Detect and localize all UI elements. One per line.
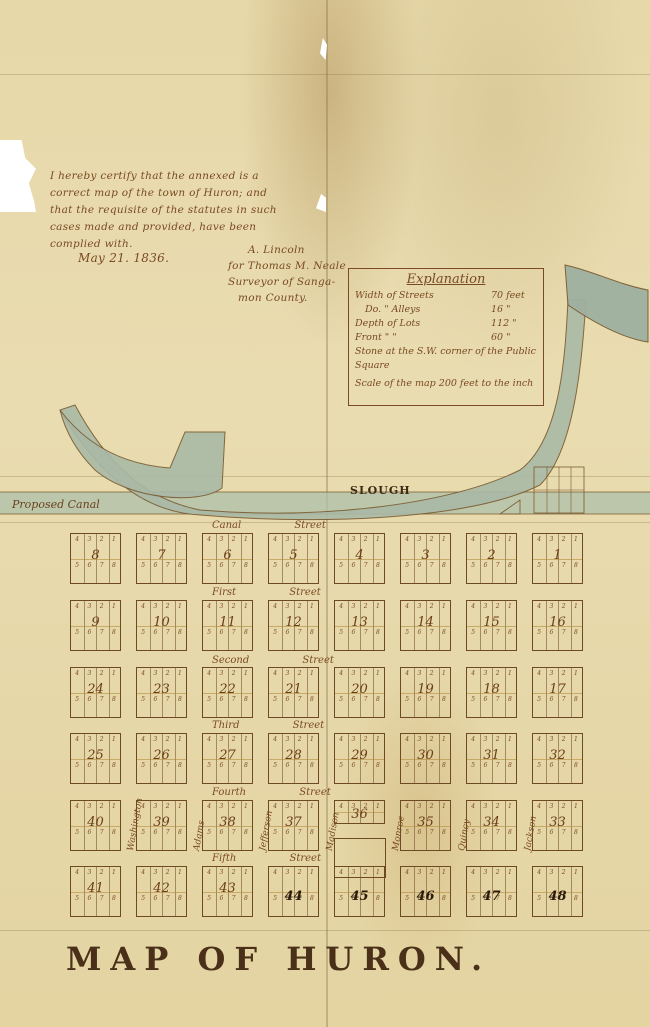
block-number: 22 <box>203 682 252 697</box>
lot-numbers-bottom: 5678 <box>269 696 318 703</box>
lot-numbers-bottom: 5678 <box>137 629 186 636</box>
lot-numbers-bottom: 5678 <box>269 762 318 769</box>
legend-row: Depth of Lots 112 " <box>355 317 537 331</box>
block-28: 4321567828 <box>268 733 319 784</box>
block-42: 4321567842 <box>136 866 187 917</box>
block-10: 4321567810 <box>136 600 187 651</box>
block-number: 32 <box>533 748 582 763</box>
lot-numbers-top: 4321 <box>533 869 582 876</box>
block-number: 16 <box>533 615 582 630</box>
street-label: Second Street <box>212 655 334 666</box>
block-24: 4321567824 <box>70 667 121 718</box>
lot-numbers-top: 4321 <box>533 536 582 543</box>
block-number: 13 <box>335 615 384 630</box>
block-number: 38 <box>203 815 252 830</box>
lot-numbers-bottom: 5678 <box>137 562 186 569</box>
block-number: 31 <box>467 748 516 763</box>
signature-line: for Thomas M. Neale <box>228 258 348 274</box>
proposed-canal-label: Proposed Canal <box>12 498 100 511</box>
lot-numbers-top: 4321 <box>335 736 384 743</box>
map-title: MAP OF HURON. <box>66 940 596 978</box>
block-number: 9 <box>71 615 120 630</box>
block-number: 11 <box>203 615 252 630</box>
block-15: 4321567815 <box>466 600 517 651</box>
block-number: 19 <box>401 682 450 697</box>
street-label: First Street <box>212 587 321 598</box>
block-1: 432156781 <box>532 533 583 584</box>
block-27: 4321567827 <box>202 733 253 784</box>
block-3: 432156783 <box>400 533 451 584</box>
lot-numbers-bottom: 5678 <box>467 762 516 769</box>
block-29: 4321567829 <box>334 733 385 784</box>
lot-numbers-bottom: 5678 <box>137 696 186 703</box>
legend-row: Front " " 60 " <box>355 331 537 345</box>
block-number: 34 <box>467 815 516 830</box>
lot-numbers-bottom: 5678 <box>533 629 582 636</box>
block-21: 4321567821 <box>268 667 319 718</box>
block-number: 40 <box>71 815 120 830</box>
lot-numbers-top: 4321 <box>269 736 318 743</box>
block-37: 4321567837 <box>268 800 319 851</box>
lot-numbers-top: 4321 <box>71 869 120 876</box>
lot-numbers-top: 4321 <box>467 803 516 810</box>
block-30: 4321567830 <box>400 733 451 784</box>
lot-numbers-bottom: 5678 <box>137 829 186 836</box>
block-number: 24 <box>71 682 120 697</box>
legend-title: Explanation <box>355 273 537 287</box>
legend-row: Do. " Alleys 16 " <box>355 303 537 317</box>
legend-label: Width of Streets <box>355 289 434 303</box>
lot-numbers-bottom: 5678 <box>203 696 252 703</box>
lot-numbers-bottom: 5678 <box>203 762 252 769</box>
lot-numbers-bottom: 5678 <box>533 562 582 569</box>
lot-numbers-bottom: 5678 <box>71 762 120 769</box>
lot-numbers-top: 4321 <box>71 670 120 677</box>
lot-numbers-bottom: 5678 <box>533 696 582 703</box>
block-32: 4321567832 <box>532 733 583 784</box>
lot-numbers-top: 4321 <box>467 670 516 677</box>
block-number: 6 <box>203 548 252 563</box>
block-number: 7 <box>137 548 186 563</box>
lot-numbers-top: 4321 <box>203 536 252 543</box>
legend-value: 70 feet <box>491 289 537 303</box>
slough-label: SLOUGH <box>350 484 411 497</box>
lot-numbers-bottom: 5678 <box>335 762 384 769</box>
public-square <box>334 838 386 878</box>
lot-numbers-top: 4321 <box>401 603 450 610</box>
lot-numbers-top: 4321 <box>269 536 318 543</box>
block-number: 8 <box>71 548 120 563</box>
block-number: 14 <box>401 615 450 630</box>
legend-label: Front " " <box>355 331 397 345</box>
street-label: Third Street <box>212 720 324 731</box>
legend-note: Stone at the S.W. corner of the Public S… <box>355 345 537 373</box>
lot-numbers-top: 4321 <box>137 536 186 543</box>
lot-numbers-bottom: 5678 <box>71 629 120 636</box>
block-17: 4321567817 <box>532 667 583 718</box>
lot-numbers-bottom: 5678 <box>467 829 516 836</box>
lot-numbers-top: 4321 <box>467 869 516 876</box>
block-33: 4321567833 <box>532 800 583 851</box>
block-34: 4321567834 <box>466 800 517 851</box>
block-43: 4321567843 <box>202 866 253 917</box>
lot-numbers-top: 4321 <box>269 670 318 677</box>
lot-numbers-bottom: 5678 <box>203 829 252 836</box>
block-number: 10 <box>137 615 186 630</box>
block-4: 432156784 <box>334 533 385 584</box>
street-label: Fifth Street <box>212 853 321 864</box>
lot-numbers-top: 4321 <box>401 536 450 543</box>
block-26: 4321567826 <box>136 733 187 784</box>
lot-numbers-top: 4321 <box>203 603 252 610</box>
block-number: 36 <box>335 807 384 822</box>
legend-row: Width of Streets 70 feet <box>355 289 537 303</box>
block-46: 4321567846 <box>400 866 451 917</box>
lot-numbers-bottom: 5678 <box>335 696 384 703</box>
block-number: 44 <box>269 889 318 904</box>
block-44: 4321567844 <box>268 866 319 917</box>
lot-numbers-top: 4321 <box>335 603 384 610</box>
certificate-line: I hereby certify that the annexed is a <box>50 168 330 185</box>
block-9: 432156789 <box>70 600 121 651</box>
block-number: 2 <box>467 548 516 563</box>
lot-numbers-top: 4321 <box>137 603 186 610</box>
street-label: Fourth Street <box>212 787 331 798</box>
signature-line: Surveyor of Sanga- <box>228 274 348 290</box>
block-7: 432156787 <box>136 533 187 584</box>
block-number: 43 <box>203 881 252 896</box>
lot-numbers-top: 4321 <box>467 536 516 543</box>
lot-numbers-top: 4321 <box>137 803 186 810</box>
lot-numbers-top: 4321 <box>71 736 120 743</box>
lot-numbers-top: 4321 <box>71 803 120 810</box>
block-35: 4321567835 <box>400 800 451 851</box>
lot-numbers-top: 4321 <box>203 670 252 677</box>
lot-numbers-top: 4321 <box>401 736 450 743</box>
block-8: 432156788 <box>70 533 121 584</box>
lot-numbers-bottom: 5678 <box>401 629 450 636</box>
lot-numbers-bottom: 5678 <box>71 562 120 569</box>
signature-block: A. Lincoln for Thomas M. Neale Surveyor … <box>228 242 348 306</box>
block-38: 4321567838 <box>202 800 253 851</box>
block-2: 432156782 <box>466 533 517 584</box>
block-16: 4321567816 <box>532 600 583 651</box>
lot-numbers-top: 4321 <box>401 803 450 810</box>
block-number: 27 <box>203 748 252 763</box>
certificate-date: May 21. 1836. <box>78 250 169 267</box>
block-number: 39 <box>137 815 186 830</box>
block-number: 12 <box>269 615 318 630</box>
block-20: 4321567820 <box>334 667 385 718</box>
block-number: 45 <box>335 889 384 904</box>
block-23: 4321567823 <box>136 667 187 718</box>
block-41: 4321567841 <box>70 866 121 917</box>
legend-scale: Scale of the map 200 feet to the inch <box>355 377 537 391</box>
block-48: 4321567848 <box>532 866 583 917</box>
block-number: 48 <box>533 889 582 904</box>
block-39: 4321567839 <box>136 800 187 851</box>
lot-numbers-bottom: 5678 <box>203 562 252 569</box>
legend-label: Do. " Alleys <box>355 303 420 317</box>
block-number: 30 <box>401 748 450 763</box>
block-12: 4321567812 <box>268 600 319 651</box>
lot-numbers-top: 4321 <box>203 869 252 876</box>
lot-numbers-top: 4321 <box>335 670 384 677</box>
lot-numbers-bottom: 5678 <box>467 562 516 569</box>
street-label: Canal Street <box>212 520 326 531</box>
block-number: 3 <box>401 548 450 563</box>
block-19: 4321567819 <box>400 667 451 718</box>
block-number: 35 <box>401 815 450 830</box>
lot-numbers-top: 4321 <box>467 603 516 610</box>
lot-numbers-bottom: 5678 <box>269 562 318 569</box>
block-40: 4321567840 <box>70 800 121 851</box>
block-number: 47 <box>467 889 516 904</box>
lot-numbers-top: 4321 <box>203 736 252 743</box>
lot-numbers-bottom: 5678 <box>203 629 252 636</box>
block-14: 4321567814 <box>400 600 451 651</box>
lot-numbers-bottom: 5678 <box>137 895 186 902</box>
lot-numbers-top: 4321 <box>533 603 582 610</box>
block-number: 25 <box>71 748 120 763</box>
block-number: 18 <box>467 682 516 697</box>
lot-numbers-top: 4321 <box>533 803 582 810</box>
certificate-line: correct map of the town of Huron; and <box>50 185 330 202</box>
block-number: 26 <box>137 748 186 763</box>
block-number: 28 <box>269 748 318 763</box>
lot-numbers-bottom: 5678 <box>335 562 384 569</box>
lot-numbers-top: 4321 <box>71 536 120 543</box>
lot-numbers-bottom: 5678 <box>71 696 120 703</box>
block-number: 37 <box>269 815 318 830</box>
lot-numbers-bottom: 5678 <box>71 829 120 836</box>
block-22: 4321567822 <box>202 667 253 718</box>
legend-value: 16 " <box>491 303 537 317</box>
certificate-text: I hereby certify that the annexed is a c… <box>50 168 330 253</box>
signature-line: mon County. <box>228 290 348 306</box>
lot-numbers-top: 4321 <box>269 603 318 610</box>
explanation-legend: Explanation Width of Streets 70 feet Do.… <box>348 268 544 406</box>
legend-label: Depth of Lots <box>355 317 420 331</box>
lot-numbers-bottom: 5678 <box>71 895 120 902</box>
block-6: 432156786 <box>202 533 253 584</box>
lot-numbers-top: 4321 <box>137 869 186 876</box>
block-number: 17 <box>533 682 582 697</box>
lot-numbers-bottom: 5678 <box>269 829 318 836</box>
lot-numbers-top: 4321 <box>137 670 186 677</box>
block-36: 432136 <box>334 800 385 824</box>
certificate-line: that the requisite of the statutes in su… <box>50 202 330 219</box>
legend-value: 112 " <box>491 317 537 331</box>
block-number: 4 <box>335 548 384 563</box>
lot-numbers-top: 4321 <box>533 670 582 677</box>
lot-numbers-top: 4321 <box>269 803 318 810</box>
lot-numbers-top: 4321 <box>533 736 582 743</box>
lot-numbers-bottom: 5678 <box>137 762 186 769</box>
lot-numbers-bottom: 5678 <box>401 562 450 569</box>
lot-numbers-bottom: 5678 <box>335 629 384 636</box>
lot-numbers-bottom: 5678 <box>401 762 450 769</box>
lot-numbers-bottom: 5678 <box>401 829 450 836</box>
lot-numbers-top: 4321 <box>71 603 120 610</box>
block-11: 4321567811 <box>202 600 253 651</box>
block-25: 4321567825 <box>70 733 121 784</box>
signature-name: A. Lincoln <box>228 242 348 258</box>
block-number: 23 <box>137 682 186 697</box>
lot-numbers-bottom: 5678 <box>533 829 582 836</box>
certificate-line: cases made and provided, have been <box>50 219 330 236</box>
lot-numbers-top: 4321 <box>335 536 384 543</box>
block-number: 21 <box>269 682 318 697</box>
block-31: 4321567831 <box>466 733 517 784</box>
block-number: 15 <box>467 615 516 630</box>
lot-numbers-bottom: 5678 <box>269 629 318 636</box>
block-number: 20 <box>335 682 384 697</box>
lot-numbers-top: 4321 <box>467 736 516 743</box>
lot-numbers-top: 4321 <box>269 869 318 876</box>
block-47: 4321567847 <box>466 866 517 917</box>
lot-numbers-top: 4321 <box>401 670 450 677</box>
block-number: 5 <box>269 548 318 563</box>
lot-numbers-bottom: 5678 <box>533 762 582 769</box>
lot-numbers-top: 4321 <box>203 803 252 810</box>
block-number: 1 <box>533 548 582 563</box>
block-number: 29 <box>335 748 384 763</box>
block-number: 33 <box>533 815 582 830</box>
lot-numbers-bottom: 5678 <box>467 696 516 703</box>
block-number: 41 <box>71 881 120 896</box>
lot-numbers-bottom: 5678 <box>401 696 450 703</box>
block-13: 4321567813 <box>334 600 385 651</box>
lot-numbers-bottom: 5678 <box>203 895 252 902</box>
lot-numbers-bottom: 5678 <box>467 629 516 636</box>
block-number: 46 <box>401 889 450 904</box>
block-18: 4321567818 <box>466 667 517 718</box>
lot-numbers-top: 4321 <box>401 869 450 876</box>
legend-value: 60 " <box>491 331 537 345</box>
block-5: 432156785 <box>268 533 319 584</box>
block-number: 42 <box>137 881 186 896</box>
lot-numbers-top: 4321 <box>137 736 186 743</box>
